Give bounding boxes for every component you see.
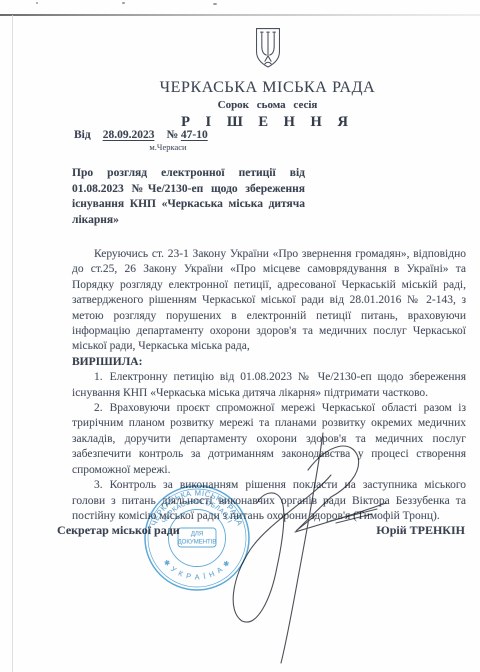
city-label: м.Черкаси xyxy=(128,142,208,152)
document-date: 28.09.2023 xyxy=(103,129,155,141)
document-header: ЧЕРКАСЬКА МІСЬКА РАДА Сорок сьома сесія … xyxy=(70,24,465,131)
item-number: 2. xyxy=(94,402,103,414)
preamble-paragraph: Керуючись ст. 23-1 Закону України «Про з… xyxy=(72,247,466,355)
session-title: Сорок сьома сесія xyxy=(70,99,465,111)
document-number: 47-10 xyxy=(181,129,208,141)
organization-name: ЧЕРКАСЬКА МІСЬКА РАДА xyxy=(70,79,465,97)
date-label: Від xyxy=(74,129,91,141)
number-label: № xyxy=(166,129,178,141)
handwritten-signature xyxy=(0,415,480,672)
resolution-item-1: 1.Електронну петицію від 01.08.2023 № Че… xyxy=(72,370,466,401)
date-number-line: Від28.09.2023№ 47-10 xyxy=(74,129,208,141)
item-text: Електронну петицію від 01.08.2023 № Че/2… xyxy=(72,371,466,398)
scan-speck xyxy=(213,3,217,5)
ukraine-trident-emblem xyxy=(253,24,283,72)
scan-speck xyxy=(122,2,125,4)
scan-speck xyxy=(36,2,38,4)
resolved-label: ВИРІШИЛА: xyxy=(72,355,466,370)
scanned-document-page: ЧЕРКАСЬКА МІСЬКА РАДА Сорок сьома сесія … xyxy=(0,0,480,672)
item-number: 1. xyxy=(94,371,103,383)
scan-edge-top xyxy=(0,14,480,16)
subject-paragraph: Про розгляд електронної петиції від 01.0… xyxy=(72,166,305,228)
